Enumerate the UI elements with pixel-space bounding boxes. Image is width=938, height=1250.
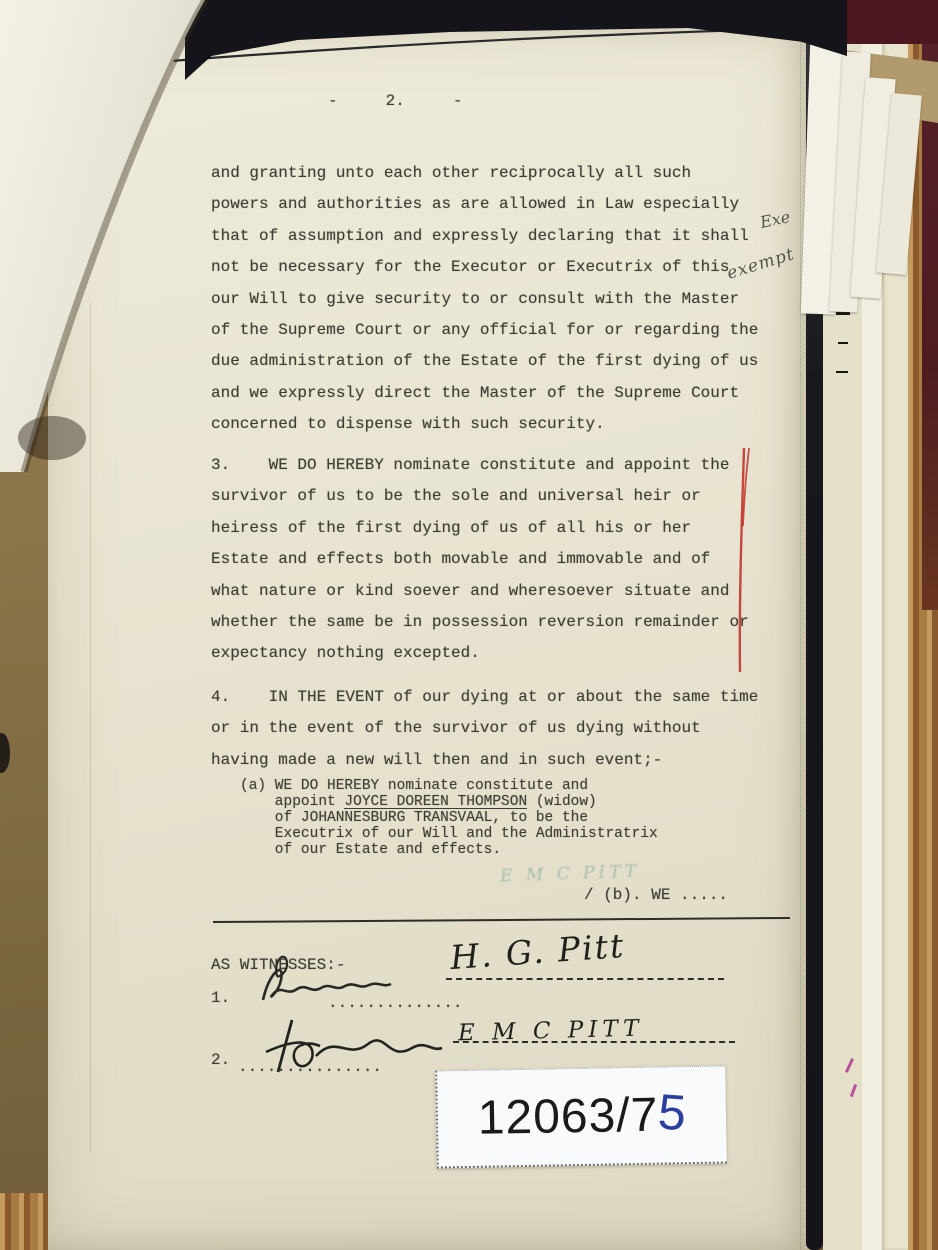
side-dash-mark-1 (836, 312, 850, 315)
divider-line (213, 917, 790, 923)
signature-line-2-rule (453, 1041, 735, 1043)
side-dash-mark-2 (838, 342, 848, 344)
page-right-fold (800, 22, 801, 1250)
name-underline (344, 808, 527, 809)
label-printed-number: 12063/7 (477, 1088, 658, 1146)
clause-4: 4. IN THE EVENT of our dying at or about… (211, 682, 758, 776)
left-edge-clip-shadow (0, 733, 10, 773)
pink-mark-2 (850, 1084, 857, 1097)
maroon-cover-top (842, 0, 938, 44)
page-top-rule (150, 20, 830, 70)
photograph-of-will-page: - 2. - and granting unto each other reci… (0, 0, 938, 1250)
wood-table-bottom-left (0, 1193, 54, 1250)
witness-1-number: 1. (211, 983, 230, 1014)
continuation-catchword: / (b). WE ..... (584, 880, 728, 911)
clause-3: 3. WE DO HEREBY nominate constitute and … (211, 450, 749, 670)
red-margin-line (732, 446, 752, 676)
clause-4a: (a) WE DO HEREBY nominate constitute and… (240, 779, 658, 859)
intro-paragraph: and granting unto each other reciprocall… (211, 158, 758, 441)
page-number: - 2. - (328, 86, 462, 117)
signature-line-1-rule (446, 978, 724, 980)
label-handwritten-digit: 5 (657, 1082, 689, 1142)
curled-page-corner (0, 0, 230, 500)
witness-2-number: 2. (211, 1045, 230, 1076)
margin-note-exe: Exe (758, 207, 791, 232)
pink-mark-1 (845, 1058, 854, 1073)
signature-h-g-pitt: H. G. Pitt (449, 926, 626, 977)
archive-number-label: 12063/75 (435, 1065, 727, 1168)
side-dash-mark-3 (836, 371, 848, 373)
